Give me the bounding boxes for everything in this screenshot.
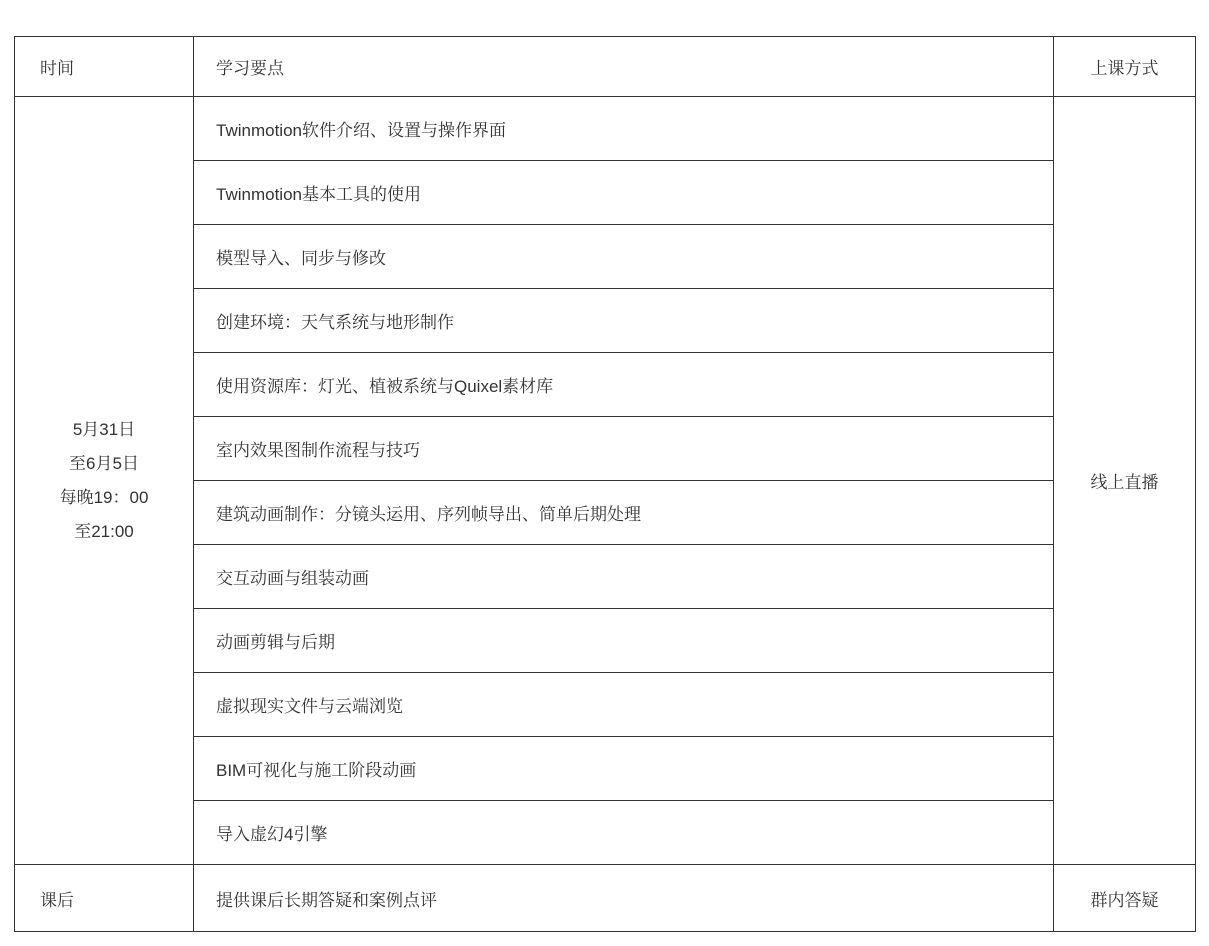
- time-line: 5月31日: [16, 413, 192, 447]
- header-method: 上课方式: [1054, 37, 1196, 97]
- time-line: 至6月5日: [16, 447, 192, 481]
- after-class-topic: 提供课后长期答疑和案例点评: [194, 865, 1054, 932]
- topic-cell: 动画剪辑与后期: [194, 609, 1054, 673]
- topic-cell: 创建环境：天气系统与地形制作: [194, 289, 1054, 353]
- time-line: 每晚19：00: [16, 481, 192, 515]
- topic-cell: 室内效果图制作流程与技巧: [194, 417, 1054, 481]
- time-range-cell: 5月31日 至6月5日 每晚19：00 至21:00: [15, 97, 194, 865]
- time-line: 至21:00: [16, 515, 192, 549]
- header-topics: 学习要点: [194, 37, 1054, 97]
- after-class-method: 群内答疑: [1054, 865, 1196, 932]
- topic-cell: 交互动画与组装动画: [194, 545, 1054, 609]
- topic-cell: 导入虚幻4引擎: [194, 801, 1054, 865]
- topic-cell: BIM可视化与施工阶段动画: [194, 737, 1054, 801]
- course-schedule: 时间 学习要点 上课方式 5月31日 至6月5日 每晚19：00 至21:00 …: [14, 36, 1196, 932]
- header-row: 时间 学习要点 上课方式: [15, 37, 1196, 97]
- topic-cell: 建筑动画制作：分镜头运用、序列帧导出、简单后期处理: [194, 481, 1054, 545]
- after-class-label: 课后: [15, 865, 194, 932]
- topic-cell: Twinmotion软件介绍、设置与操作界面: [194, 97, 1054, 161]
- method-live-cell: 线上直播: [1054, 97, 1196, 865]
- after-class-row: 课后 提供课后长期答疑和案例点评 群内答疑: [15, 865, 1196, 932]
- topic-cell: 模型导入、同步与修改: [194, 225, 1054, 289]
- topic-cell: 使用资源库：灯光、植被系统与Quixel素材库: [194, 353, 1054, 417]
- topic-cell: 虚拟现实文件与云端浏览: [194, 673, 1054, 737]
- table-row: 5月31日 至6月5日 每晚19：00 至21:00 Twinmotion软件介…: [15, 97, 1196, 161]
- course-schedule-table: 时间 学习要点 上课方式 5月31日 至6月5日 每晚19：00 至21:00 …: [14, 36, 1196, 932]
- topic-cell: Twinmotion基本工具的使用: [194, 161, 1054, 225]
- header-time: 时间: [15, 37, 194, 97]
